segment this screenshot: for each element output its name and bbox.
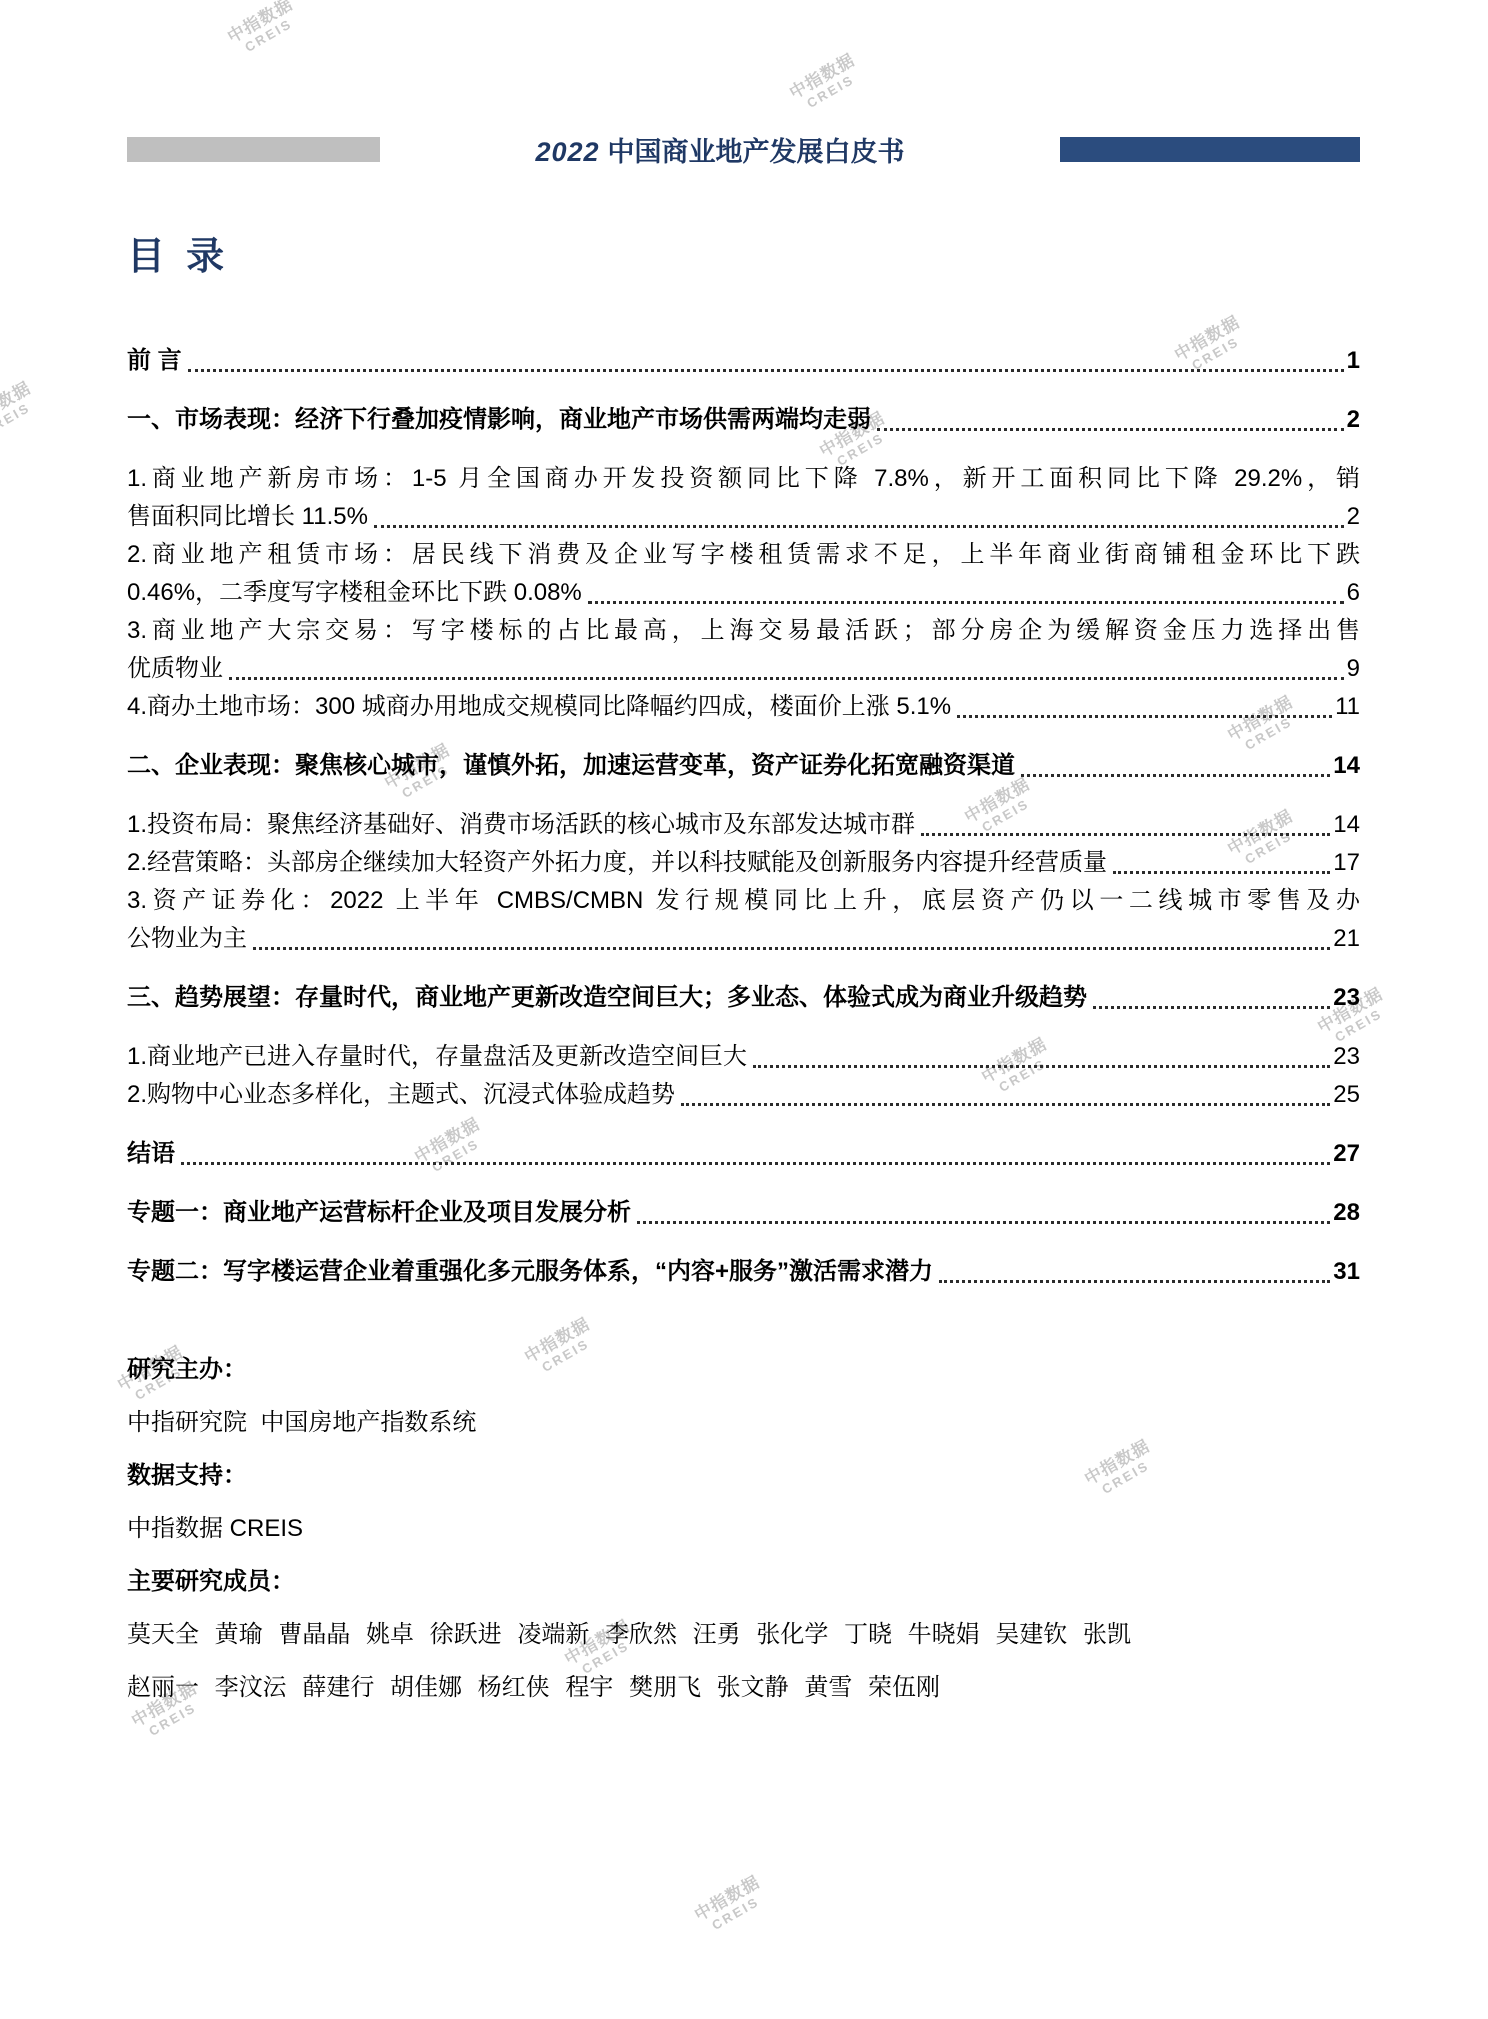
toc-page-number: 6 bbox=[1347, 574, 1360, 612]
dot-leader bbox=[229, 677, 1344, 680]
toc-entry-3-1[interactable]: 1.商业地产已进入存量时代，存量盘活及更新改造空间巨大23 bbox=[127, 1038, 1360, 1076]
dot-leader bbox=[188, 369, 1344, 372]
toc-entry-1-4[interactable]: 4.商办土地市场：300 城商办用地成交规模同比降幅约四成，楼面价上涨 5.1%… bbox=[127, 688, 1360, 726]
toc-entry-text: 优质物业 bbox=[127, 650, 223, 688]
credits-section: 研究主办： 中指研究院 中国房地产指数系统 数据支持： 中指数据 CREIS 主… bbox=[127, 1350, 1360, 1708]
dot-leader bbox=[753, 1065, 1330, 1068]
toc-page-number: 31 bbox=[1333, 1253, 1360, 1291]
dot-leader bbox=[181, 1162, 1330, 1165]
toc-entry-topic-2[interactable]: 专题二：写字楼运营企业着重强化多元服务体系，“内容+服务”激活需求潜力31 bbox=[127, 1253, 1360, 1291]
credits-members-row1: 莫天全 黄瑜 曹晶晶 姚卓 徐跃进 凌端新 李欣然 汪勇 张化学 丁晓 牛晓娟 … bbox=[127, 1615, 1360, 1655]
toc-entry-text: 1.投资布局：聚焦经济基础好、消费市场活跃的核心城市及东部发达城市群 bbox=[127, 806, 915, 844]
toc-entry-1-3[interactable]: 3.商业地产大宗交易：写字楼标的占比最高，上海交易最活跃；部分房企为缓解资金压力… bbox=[127, 612, 1360, 688]
credits-members-label: 主要研究成员： bbox=[127, 1562, 1360, 1602]
toc-entry-1-2[interactable]: 2.商业地产租赁市场：居民线下消费及企业写字楼租赁需求不足，上半年商业街商铺租金… bbox=[127, 536, 1360, 612]
toc-entry-topic-1[interactable]: 专题一：商业地产运营标杆企业及项目发展分析28 bbox=[127, 1194, 1360, 1232]
toc-page-number: 21 bbox=[1333, 920, 1360, 958]
document-title-text: 中国商业地产发展白皮书 bbox=[608, 137, 905, 167]
document-title-year: 2022 bbox=[535, 137, 599, 167]
toc-entry-text: 公物业为主 bbox=[127, 920, 247, 958]
dot-leader bbox=[1113, 871, 1330, 874]
toc-entry-text: 3.商业地产大宗交易：写字楼标的占比最高，上海交易最活跃；部分房企为缓解资金压力… bbox=[127, 612, 1360, 650]
toc-page-number: 23 bbox=[1333, 979, 1360, 1017]
dot-leader bbox=[637, 1221, 1330, 1224]
header-gray-bar bbox=[127, 137, 380, 162]
toc-entry-text: 专题二：写字楼运营企业着重强化多元服务体系，“内容+服务”激活需求潜力 bbox=[127, 1253, 933, 1291]
toc-entry-text: 结语 bbox=[127, 1135, 175, 1173]
toc-entry-text: 一、市场表现：经济下行叠加疫情影响，商业地产市场供需两端均走弱 bbox=[127, 401, 871, 439]
toc-entry-text: 4.商办土地市场：300 城商办用地成交规模同比降幅约四成，楼面价上涨 5.1% bbox=[127, 688, 951, 726]
toc-page-number: 14 bbox=[1333, 806, 1360, 844]
toc-page-number: 23 bbox=[1333, 1038, 1360, 1076]
table-of-contents: 前 言1 一、市场表现：经济下行叠加疫情影响，商业地产市场供需两端均走弱2 1.… bbox=[127, 342, 1360, 1291]
document-page: 中指数据CREIS 中指数据CREIS 中指数据CREIS 中指数据CREIS … bbox=[0, 0, 1488, 2019]
watermark: 中指数据CREIS bbox=[786, 50, 866, 116]
toc-entry-text: 0.46%，二季度写字楼租金环比下跌 0.08% bbox=[127, 574, 582, 612]
toc-entry-preface[interactable]: 前 言1 bbox=[127, 342, 1360, 380]
dot-leader bbox=[957, 715, 1332, 718]
dot-leader bbox=[877, 428, 1344, 431]
toc-page-number: 14 bbox=[1333, 747, 1360, 785]
toc-page-number: 11 bbox=[1335, 688, 1360, 726]
toc-entry-2-3[interactable]: 3.资产证券化：2022 上半年 CMBS/CMBN 发行规模同比上升，底层资产… bbox=[127, 882, 1360, 958]
toc-heading: 目 录 bbox=[127, 234, 1360, 280]
credits-organizer-value: 中指研究院 中国房地产指数系统 bbox=[127, 1403, 1360, 1443]
toc-entry-section-1[interactable]: 一、市场表现：经济下行叠加疫情影响，商业地产市场供需两端均走弱2 bbox=[127, 401, 1360, 439]
toc-page-number: 25 bbox=[1333, 1076, 1360, 1114]
dot-leader bbox=[374, 525, 1344, 528]
toc-entry-text: 售面积同比增长 11.5% bbox=[127, 498, 368, 536]
dot-leader bbox=[253, 947, 1330, 950]
toc-entry-text: 专题一：商业地产运营标杆企业及项目发展分析 bbox=[127, 1194, 631, 1232]
toc-entry-text: 1.商业地产新房市场：1-5 月全国商办开发投资额同比下降 7.8%，新开工面积… bbox=[127, 460, 1360, 498]
document-title: 2022中国商业地产发展白皮书 bbox=[380, 130, 1060, 169]
toc-entry-2-1[interactable]: 1.投资布局：聚焦经济基础好、消费市场活跃的核心城市及东部发达城市群14 bbox=[127, 806, 1360, 844]
toc-entry-text: 2.经营策略：头部房企继续加大轻资产外拓力度，并以科技赋能及创新服务内容提升经营… bbox=[127, 844, 1107, 882]
credits-members-row2: 赵丽一 李汶沄 薛建行 胡佳娜 杨红侠 程宇 樊朋飞 张文静 黄雪 荣伍刚 bbox=[127, 1668, 1360, 1708]
watermark: 中指数据CREIS bbox=[224, 0, 304, 60]
toc-page-number: 27 bbox=[1333, 1135, 1360, 1173]
toc-entry-2-2[interactable]: 2.经营策略：头部房企继续加大轻资产外拓力度，并以科技赋能及创新服务内容提升经营… bbox=[127, 844, 1360, 882]
credits-data-support-label: 数据支持： bbox=[127, 1456, 1360, 1496]
credits-data-support-value: 中指数据 CREIS bbox=[127, 1509, 1360, 1549]
watermark: 中指数据CREIS bbox=[691, 1872, 771, 1938]
credits-organizer-label: 研究主办： bbox=[127, 1350, 1360, 1390]
dot-leader bbox=[1093, 1006, 1330, 1009]
dot-leader bbox=[1021, 774, 1330, 777]
toc-page-number: 1 bbox=[1347, 342, 1360, 380]
toc-entry-text: 1.商业地产已进入存量时代，存量盘活及更新改造空间巨大 bbox=[127, 1038, 747, 1076]
toc-entry-text: 二、企业表现：聚焦核心城市，谨慎外拓，加速运营变革，资产证券化拓宽融资渠道 bbox=[127, 747, 1015, 785]
toc-entry-section-3[interactable]: 三、趋势展望：存量时代，商业地产更新改造空间巨大；多业态、体验式成为商业升级趋势… bbox=[127, 979, 1360, 1017]
toc-page-number: 17 bbox=[1333, 844, 1360, 882]
header-blue-bar bbox=[1060, 137, 1360, 162]
dot-leader bbox=[588, 601, 1344, 604]
toc-entry-3-2[interactable]: 2.购物中心业态多样化，主题式、沉浸式体验成趋势25 bbox=[127, 1076, 1360, 1114]
toc-entry-1-1[interactable]: 1.商业地产新房市场：1-5 月全国商办开发投资额同比下降 7.8%，新开工面积… bbox=[127, 460, 1360, 536]
toc-page-number: 2 bbox=[1347, 401, 1360, 439]
toc-page-number: 9 bbox=[1347, 650, 1360, 688]
page-header: 2022中国商业地产发展白皮书 bbox=[127, 136, 1360, 162]
toc-entry-section-2[interactable]: 二、企业表现：聚焦核心城市，谨慎外拓，加速运营变革，资产证券化拓宽融资渠道14 bbox=[127, 747, 1360, 785]
dot-leader bbox=[921, 833, 1330, 836]
dot-leader bbox=[939, 1280, 1330, 1283]
toc-entry-text: 前 言 bbox=[127, 342, 182, 380]
toc-page-number: 28 bbox=[1333, 1194, 1360, 1232]
toc-entry-text: 3.资产证券化：2022 上半年 CMBS/CMBN 发行规模同比上升，底层资产… bbox=[127, 882, 1360, 920]
toc-entry-conclusion[interactable]: 结语27 bbox=[127, 1135, 1360, 1173]
dot-leader bbox=[681, 1103, 1330, 1106]
toc-page-number: 2 bbox=[1347, 498, 1360, 536]
toc-entry-text: 三、趋势展望：存量时代，商业地产更新改造空间巨大；多业态、体验式成为商业升级趋势 bbox=[127, 979, 1087, 1017]
toc-entry-text: 2.商业地产租赁市场：居民线下消费及企业写字楼租赁需求不足，上半年商业街商铺租金… bbox=[127, 536, 1360, 574]
toc-entry-text: 2.购物中心业态多样化，主题式、沉浸式体验成趋势 bbox=[127, 1076, 675, 1114]
